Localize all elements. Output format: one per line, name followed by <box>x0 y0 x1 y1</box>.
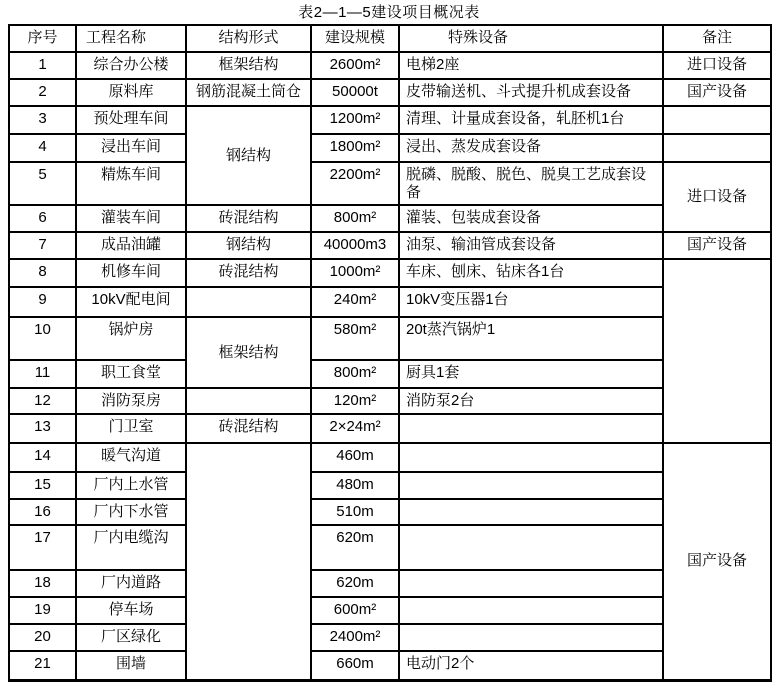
cell-scale: 1800m² <box>311 134 399 162</box>
cell-equipment <box>399 499 663 525</box>
cell-no: 18 <box>9 570 76 597</box>
cell-equipment: 厨具1套 <box>399 360 663 388</box>
cell-no: 3 <box>9 106 76 134</box>
table-row: 2原料库钢筋混凝土筒仓50000t皮带输送机、斗式提升机成套设备国产设备 <box>9 79 771 106</box>
cell-no: 2 <box>9 79 76 106</box>
cell-remark: 国产设备 <box>663 443 771 680</box>
table-row: 20厂区绿化2400m² <box>9 624 771 651</box>
cell-equipment: 清理、计量成套设备，轧胚机1台 <box>399 106 663 134</box>
cell-scale: 800m² <box>311 360 399 388</box>
cell-no: 16 <box>9 499 76 525</box>
cell-structure <box>186 443 311 680</box>
cell-scale: 620m <box>311 570 399 597</box>
cell-scale: 580m² <box>311 317 399 360</box>
cell-structure <box>186 287 311 317</box>
cell-equipment <box>399 597 663 624</box>
cell-equipment: 皮带输送机、斗式提升机成套设备 <box>399 79 663 106</box>
cell-equipment <box>399 624 663 651</box>
table-row: 19停车场600m² <box>9 597 771 624</box>
cell-name: 暖气沟道 <box>76 443 186 472</box>
cell-structure: 框架结构 <box>186 52 311 79</box>
table-row: 8机修车间砖混结构1000m²车床、刨床、钻床各1台 <box>9 259 771 287</box>
column-header-remark: 备注 <box>663 25 771 52</box>
cell-no: 1 <box>9 52 76 79</box>
cell-remark <box>663 259 771 443</box>
cell-no: 15 <box>9 472 76 499</box>
project-overview-table: 序号 工程名称 结构形式 建设规模 特殊设备 备注 1综合办公楼框架结构2600… <box>8 24 772 682</box>
cell-remark: 国产设备 <box>663 232 771 259</box>
cell-remark: 国产设备 <box>663 79 771 106</box>
cell-no: 4 <box>9 134 76 162</box>
cell-equipment <box>399 414 663 443</box>
cell-scale: 620m <box>311 525 399 570</box>
table-row: 1综合办公楼框架结构2600m²电梯2座进口设备 <box>9 52 771 79</box>
cell-name: 停车场 <box>76 597 186 624</box>
table-row: 12消防泵房120m²消防泵2台 <box>9 388 771 414</box>
cell-equipment: 消防泵2台 <box>399 388 663 414</box>
cell-scale: 240m² <box>311 287 399 317</box>
table-row: 13门卫室砖混结构2×24m² <box>9 414 771 443</box>
table-row: 10锅炉房框架结构580m²20t蒸汽锅炉1 <box>9 317 771 360</box>
table-row: 5精炼车间2200m²脱磷、脱酸、脱色、脱臭工艺成套设备进口设备 <box>9 162 771 205</box>
cell-scale: 50000t <box>311 79 399 106</box>
cell-structure: 框架结构 <box>186 317 311 388</box>
cell-name: 厂内电缆沟 <box>76 525 186 570</box>
cell-scale: 2400m² <box>311 624 399 651</box>
cell-no: 21 <box>9 651 76 680</box>
cell-no: 9 <box>9 287 76 317</box>
cell-equipment: 20t蒸汽锅炉1 <box>399 317 663 360</box>
cell-name: 厂内道路 <box>76 570 186 597</box>
cell-equipment <box>399 570 663 597</box>
cell-name: 机修车间 <box>76 259 186 287</box>
cell-no: 8 <box>9 259 76 287</box>
cell-no: 19 <box>9 597 76 624</box>
column-header-equipment: 特殊设备 <box>399 25 663 52</box>
cell-no: 7 <box>9 232 76 259</box>
cell-structure: 砖混结构 <box>186 205 311 232</box>
cell-name: 厂内下水管 <box>76 499 186 525</box>
cell-equipment: 油泵、输油管成套设备 <box>399 232 663 259</box>
table-body: 1综合办公楼框架结构2600m²电梯2座进口设备2原料库钢筋混凝土筒仓50000… <box>9 52 771 680</box>
cell-structure: 砖混结构 <box>186 414 311 443</box>
cell-name: 成品油罐 <box>76 232 186 259</box>
cell-no: 6 <box>9 205 76 232</box>
header-row: 序号 工程名称 结构形式 建设规模 特殊设备 备注 <box>9 25 771 52</box>
cell-name: 原料库 <box>76 79 186 106</box>
table-row: 7成品油罐钢结构40000m3油泵、输油管成套设备国产设备 <box>9 232 771 259</box>
cell-scale: 800m² <box>311 205 399 232</box>
cell-scale: 120m² <box>311 388 399 414</box>
cell-equipment <box>399 472 663 499</box>
cell-structure: 钢结构 <box>186 232 311 259</box>
cell-name: 厂区绿化 <box>76 624 186 651</box>
cell-equipment: 电动门2个 <box>399 651 663 680</box>
cell-remark: 进口设备 <box>663 162 771 232</box>
table-row: 910kV配电间240m²10kV变压器1台 <box>9 287 771 317</box>
cell-no: 13 <box>9 414 76 443</box>
cell-name: 职工食堂 <box>76 360 186 388</box>
table-row: 4浸出车间1800m²浸出、蒸发成套设备 <box>9 134 771 162</box>
table-row: 3预处理车间钢结构1200m²清理、计量成套设备，轧胚机1台 <box>9 106 771 134</box>
cell-no: 10 <box>9 317 76 360</box>
cell-scale: 1000m² <box>311 259 399 287</box>
cell-name: 锅炉房 <box>76 317 186 360</box>
cell-no: 11 <box>9 360 76 388</box>
column-header-scale: 建设规模 <box>311 25 399 52</box>
page-title: 表2—1—5建设项目概况表 <box>0 0 778 22</box>
cell-scale: 600m² <box>311 597 399 624</box>
cell-no: 5 <box>9 162 76 205</box>
table-row: 14暖气沟道460m国产设备 <box>9 443 771 472</box>
cell-no: 12 <box>9 388 76 414</box>
column-header-no: 序号 <box>9 25 76 52</box>
cell-remark: 进口设备 <box>663 52 771 79</box>
cell-name: 浸出车间 <box>76 134 186 162</box>
cell-name: 厂内上水管 <box>76 472 186 499</box>
cell-equipment: 车床、刨床、钻床各1台 <box>399 259 663 287</box>
table-row: 18厂内道路620m <box>9 570 771 597</box>
cell-structure: 钢筋混凝土筒仓 <box>186 79 311 106</box>
cell-scale: 510m <box>311 499 399 525</box>
cell-scale: 2600m² <box>311 52 399 79</box>
cell-name: 门卫室 <box>76 414 186 443</box>
cell-equipment <box>399 443 663 472</box>
cell-name: 围墙 <box>76 651 186 680</box>
cell-scale: 40000m3 <box>311 232 399 259</box>
cell-equipment: 灌装、包装成套设备 <box>399 205 663 232</box>
cell-structure <box>186 388 311 414</box>
cell-name: 精炼车间 <box>76 162 186 205</box>
cell-scale: 2×24m² <box>311 414 399 443</box>
cell-scale: 660m <box>311 651 399 680</box>
cell-remark <box>663 106 771 134</box>
column-header-structure: 结构形式 <box>186 25 311 52</box>
column-header-name: 工程名称 <box>76 25 186 52</box>
cell-equipment: 电梯2座 <box>399 52 663 79</box>
cell-name: 消防泵房 <box>76 388 186 414</box>
cell-structure: 钢结构 <box>186 106 311 205</box>
cell-equipment: 浸出、蒸发成套设备 <box>399 134 663 162</box>
cell-structure: 砖混结构 <box>186 259 311 287</box>
cell-no: 20 <box>9 624 76 651</box>
cell-scale: 2200m² <box>311 162 399 205</box>
table-row: 21围墙660m电动门2个 <box>9 651 771 680</box>
cell-equipment: 脱磷、脱酸、脱色、脱臭工艺成套设备 <box>399 162 663 205</box>
table-row: 16厂内下水管510m <box>9 499 771 525</box>
table-row: 6灌装车间砖混结构800m²灌装、包装成套设备 <box>9 205 771 232</box>
cell-no: 17 <box>9 525 76 570</box>
cell-scale: 460m <box>311 443 399 472</box>
cell-scale: 480m <box>311 472 399 499</box>
cell-name: 10kV配电间 <box>76 287 186 317</box>
cell-name: 综合办公楼 <box>76 52 186 79</box>
cell-name: 灌装车间 <box>76 205 186 232</box>
table-row: 17厂内电缆沟620m <box>9 525 771 570</box>
table-row: 11职工食堂800m²厨具1套 <box>9 360 771 388</box>
cell-scale: 1200m² <box>311 106 399 134</box>
cell-name: 预处理车间 <box>76 106 186 134</box>
cell-equipment: 10kV变压器1台 <box>399 287 663 317</box>
cell-remark <box>663 134 771 162</box>
cell-equipment <box>399 525 663 570</box>
table-row: 15厂内上水管480m <box>9 472 771 499</box>
cell-no: 14 <box>9 443 76 472</box>
